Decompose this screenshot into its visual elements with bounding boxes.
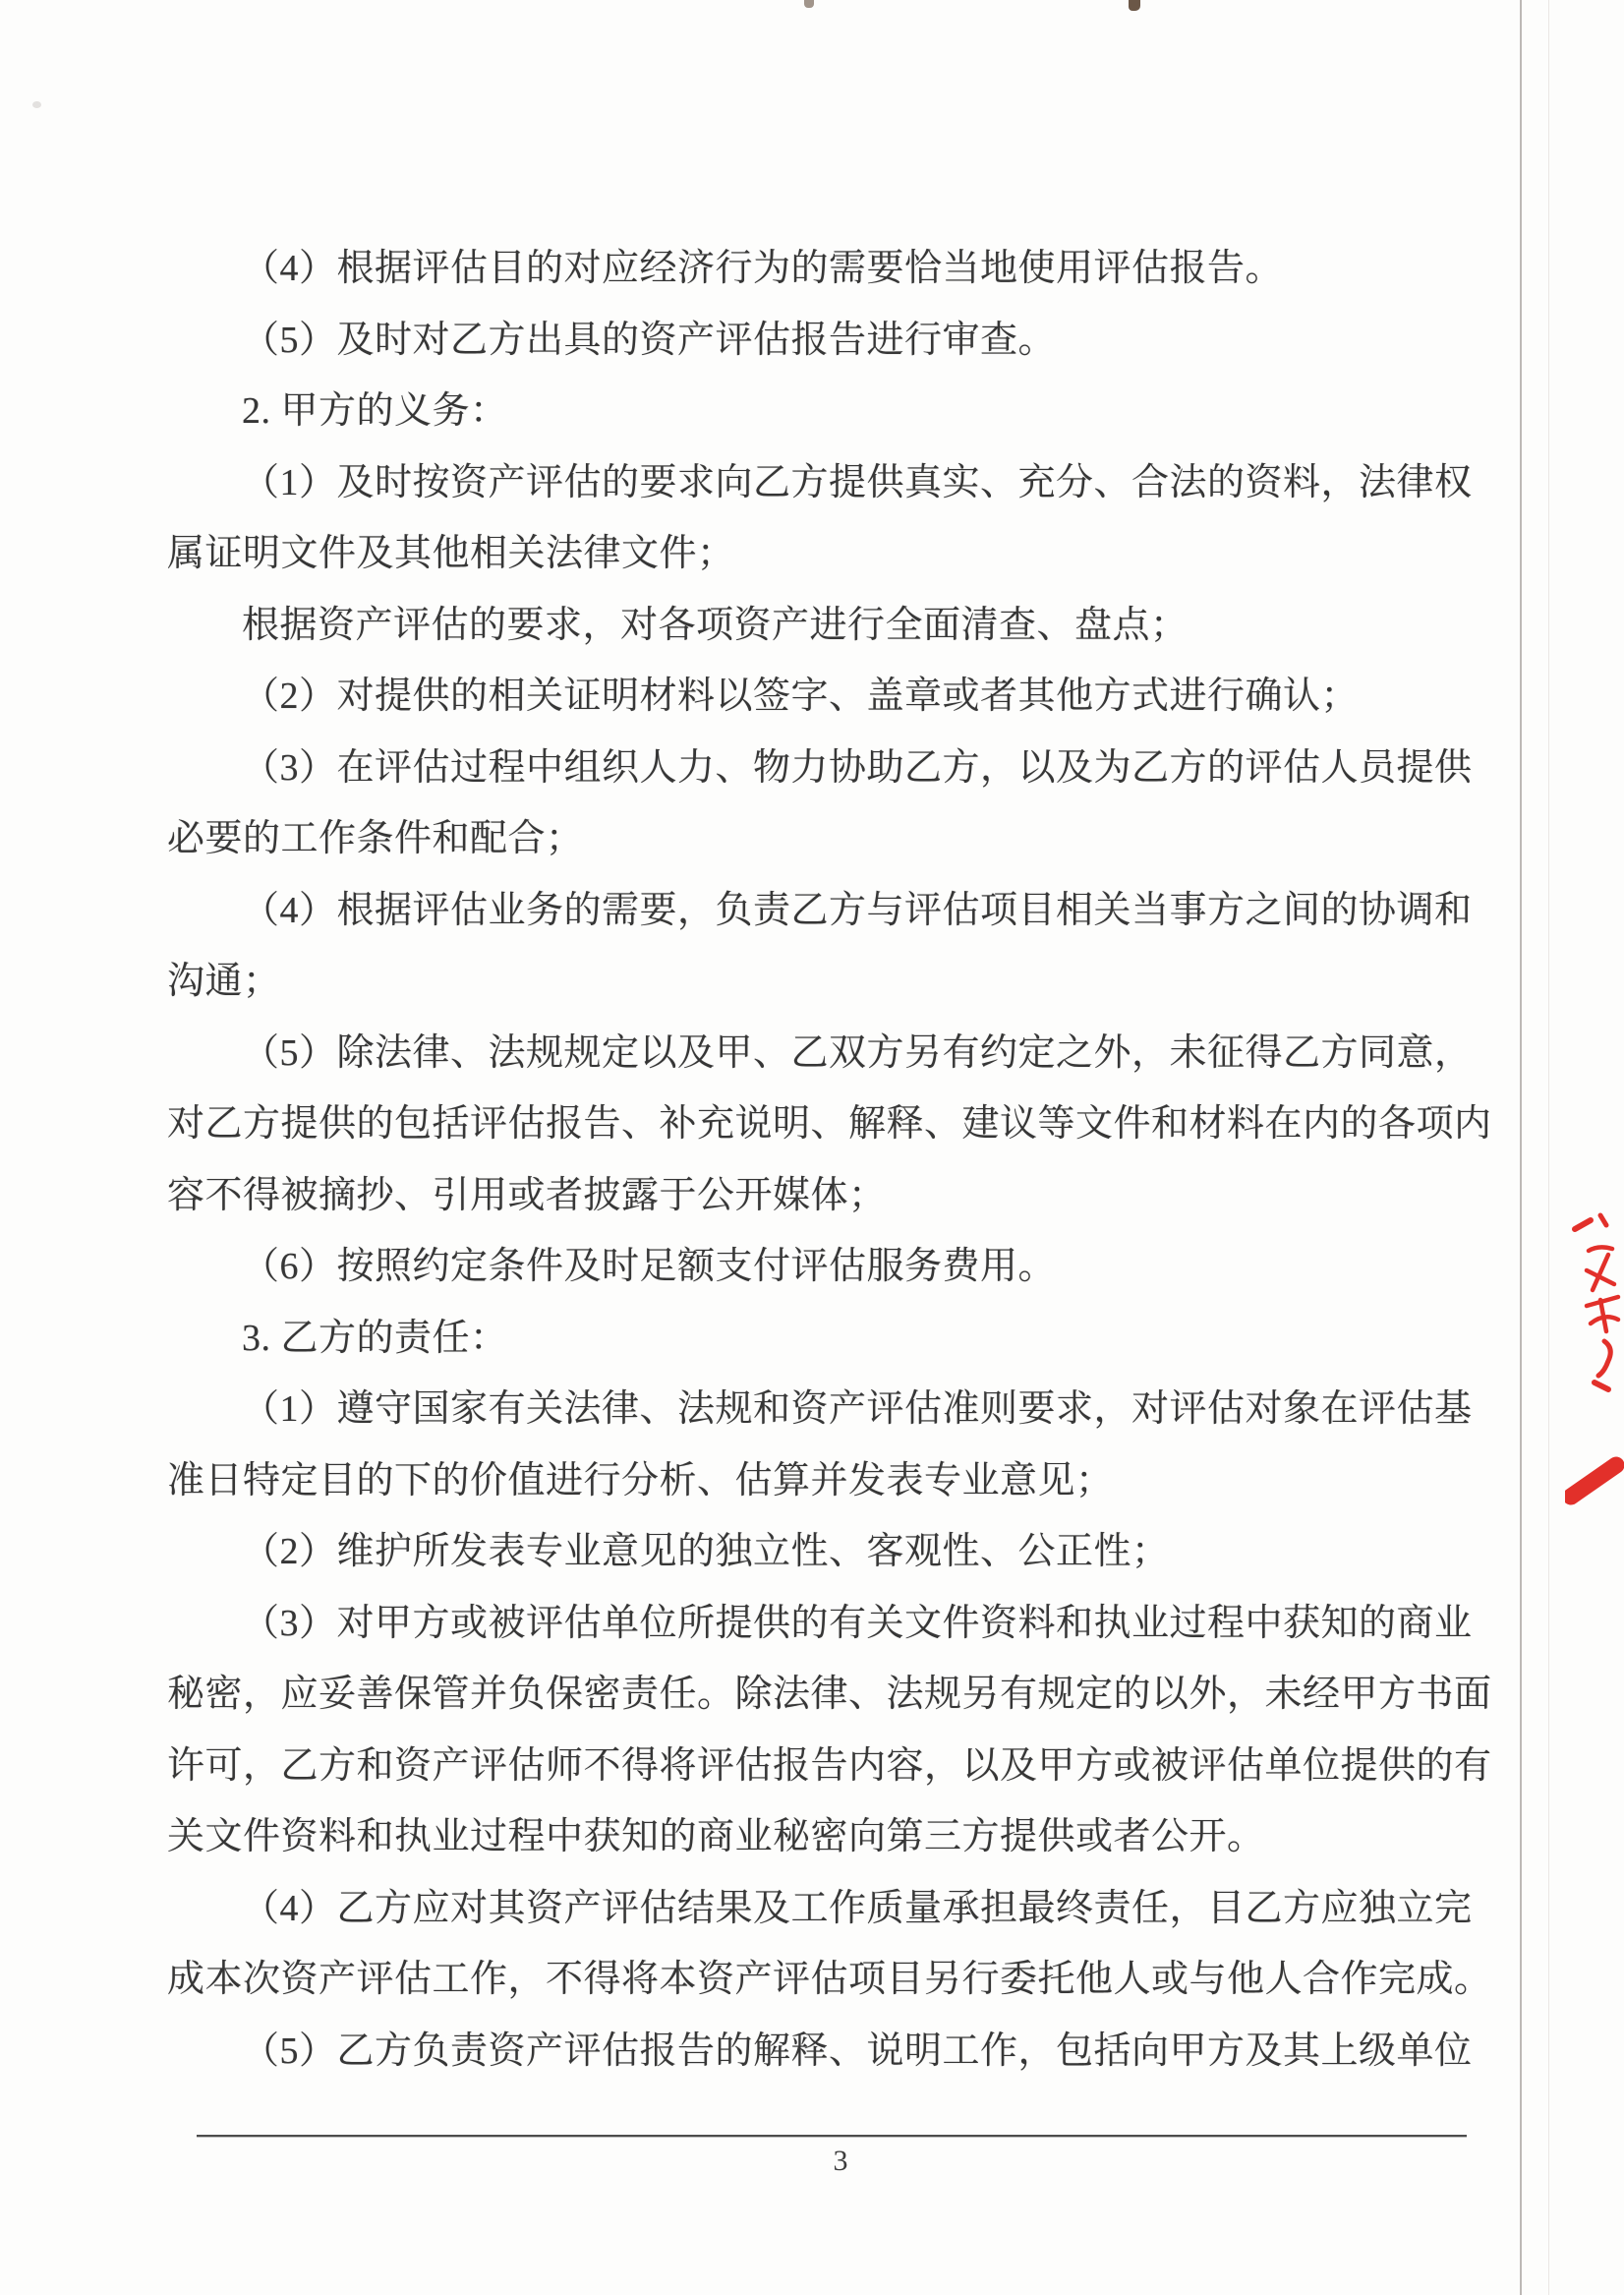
text-line: （4）乙方应对其资产评估结果及工作质量承担最终责任，目乙方应独立完: [167, 1873, 1475, 1945]
text-line: （4）根据评估业务的需要，负责乙方与评估项目相关当事方之间的协调和: [167, 875, 1475, 947]
text-line: 对乙方提供的包括评估报告、补充说明、解释、建议等文件和材料在内的各项内: [167, 1089, 1475, 1160]
red-ink-annotation: [1565, 1209, 1624, 1514]
text-line: （2）对提供的相关证明材料以签字、盖章或者其他方式进行确认；: [167, 661, 1475, 733]
text-line: 准日特定目的下的价值进行分析、估算并发表专业意见；: [167, 1445, 1475, 1517]
text-line: 成本次资产评估工作，不得将本资产评估项目另行委托他人或与他人合作完成。: [167, 1944, 1475, 2016]
contract-body: （4）根据评估目的对应经济行为的需要恰当地使用评估报告。（5）及时对乙方出具的资…: [167, 233, 1475, 2087]
text-line: （4）根据评估目的对应经济行为的需要恰当地使用评估报告。: [167, 233, 1475, 305]
text-line: （5）乙方负责资产评估报告的解释、说明工作，包括向甲方及其上级单位: [167, 2016, 1475, 2088]
text-line: （3）在评估过程中组织人力、物力协助乙方，以及为乙方的评估人员提供: [167, 733, 1475, 804]
text-line: 沟通；: [167, 946, 1475, 1018]
text-line: （6）按照约定条件及时足额支付评估服务费用。: [167, 1231, 1475, 1303]
text-line: （1）及时按资产评估的要求向乙方提供真实、充分、合法的资料，法律权: [167, 447, 1475, 519]
text-line: （5）除法律、法规规定以及甲、乙双方另有约定之外，未征得乙方同意，: [167, 1018, 1475, 1089]
scan-artifact-speck: [804, 0, 814, 8]
text-line: 属证明文件及其他相关法律文件；: [167, 518, 1475, 590]
text-line: 容不得被摘抄、引用或者披露于公开媒体；: [167, 1160, 1475, 1232]
scan-artifact-speck: [32, 101, 41, 108]
scan-edge-line: [1548, 0, 1549, 2295]
text-line: 关文件资料和执业过程中获知的商业秘密向第三方提供或者公开。: [167, 1801, 1475, 1873]
text-line: （5）及时对乙方出具的资产评估报告进行审查。: [167, 305, 1475, 377]
text-line: 2. 甲方的义务：: [167, 376, 1475, 447]
text-line: 秘密，应妥善保管并负保密责任。除法律、法规另有规定的以外，未经甲方书面: [167, 1659, 1475, 1731]
text-line: 根据资产评估的要求，对各项资产进行全面清查、盘点；: [167, 590, 1475, 662]
page-number: 3: [177, 2145, 1504, 2178]
text-line: （2）维护所发表专业意见的独立性、客观性、公正性；: [167, 1516, 1475, 1588]
text-line: （1）遵守国家有关法律、法规和资产评估准则要求，对评估对象在评估基: [167, 1374, 1475, 1445]
text-line: （3）对甲方或被评估单位所提供的有关文件资料和执业过程中获知的商业: [167, 1588, 1475, 1660]
text-line: 3. 乙方的责任：: [167, 1303, 1475, 1375]
text-line: 必要的工作条件和配合；: [167, 803, 1475, 875]
document-page: （4）根据评估目的对应经济行为的需要恰当地使用评估报告。（5）及时对乙方出具的资…: [0, 0, 1624, 2295]
footer-divider: [197, 2135, 1467, 2137]
scan-artifact-speck: [1129, 0, 1140, 11]
scan-edge-line: [1520, 0, 1522, 2295]
text-line: 许可，乙方和资产评估师不得将评估报告内容，以及甲方或被评估单位提供的有: [167, 1731, 1475, 1802]
